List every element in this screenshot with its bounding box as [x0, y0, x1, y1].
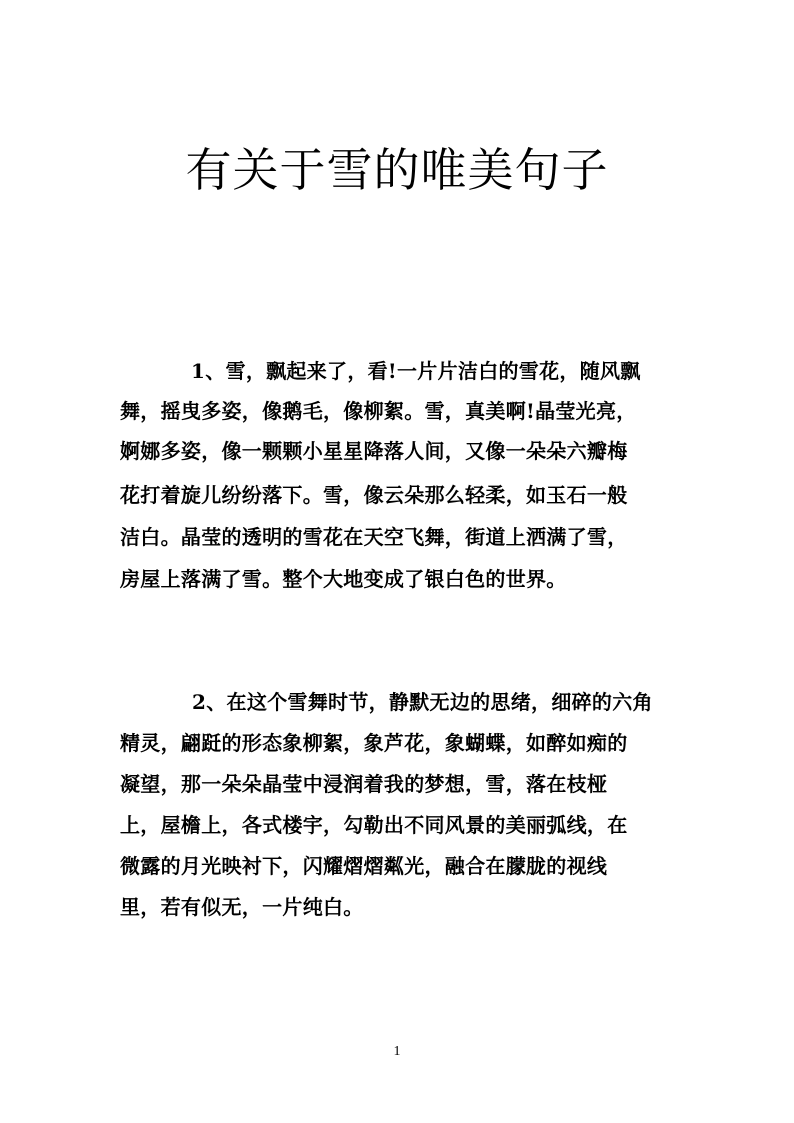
paragraph-line: 1、雪，飘起来了，看!一片片洁白的雪花，随风飘	[191, 358, 641, 384]
paragraph-line: 微露的月光映衬下，闪耀熠熠粼光，融合在朦胧的视线	[120, 853, 607, 879]
paragraph-line: 精灵，翩跹的形态象柳絮，象芦花，象蝴蝶，如醉如痴的	[120, 730, 628, 756]
document-title: 有关于雪的唯美句子	[0, 140, 794, 200]
paragraph-line: 凝望，那一朵朵晶莹中浸润着我的梦想，雪，落在枝桠	[120, 771, 607, 797]
paragraph-line: 2、在这个雪舞时节，静默无边的思绪，细碎的六角	[192, 689, 653, 715]
paragraph-line: 洁白。晶莹的透明的雪花在天空飞舞，街道上洒满了雪，	[120, 524, 628, 550]
paragraph-line: 婀娜多姿，像一颗颗小星星降落人间，又像一朵朵六瓣梅	[120, 438, 628, 464]
paragraph-line: 上，屋檐上，各式楼宇，勾勒出不同风景的美丽弧线，在	[120, 812, 628, 838]
document-page: 有关于雪的唯美句子 1、雪，飘起来了，看!一片片洁白的雪花，随风飘 舞，摇曳多姿…	[0, 0, 794, 1123]
paragraph-line: 花打着旋儿纷纷落下。雪，像云朵那么轻柔，如玉石一般	[120, 482, 628, 508]
paragraph-line: 房屋上落满了雪。整个大地变成了银白色的世界。	[120, 566, 567, 592]
page-number: 1	[0, 1043, 794, 1061]
paragraph-line: 舞，摇曳多姿，像鹅毛，像柳絮。雪，真美啊!晶莹光亮，	[120, 398, 637, 424]
paragraph-line: 里，若有似无，一片纯白。	[120, 894, 364, 920]
